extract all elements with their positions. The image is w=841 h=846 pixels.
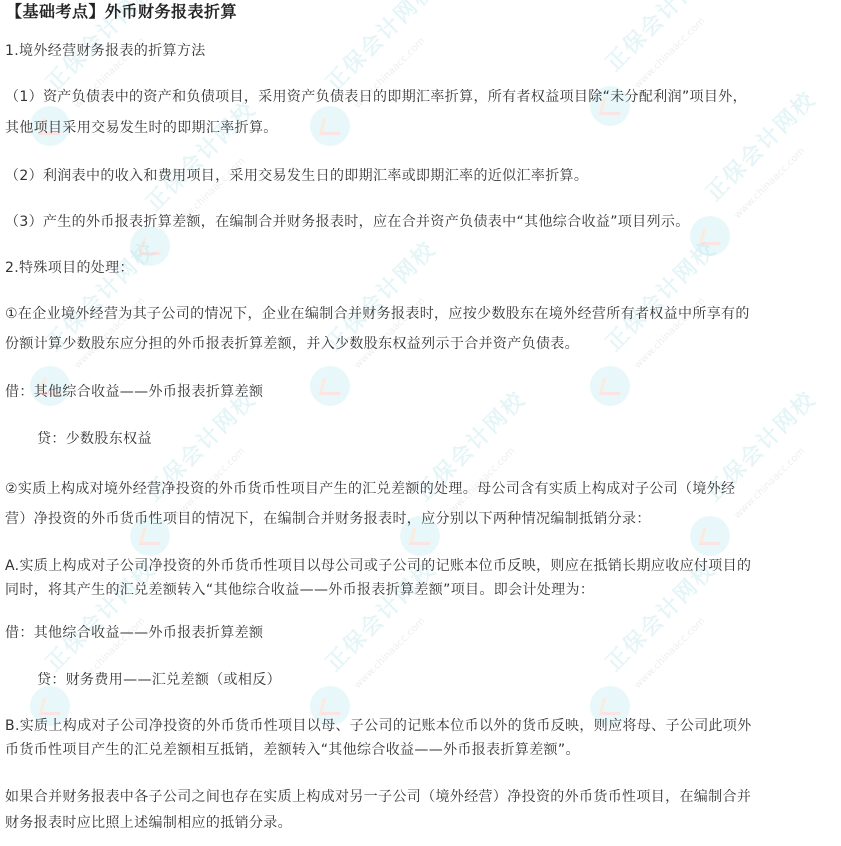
paragraph-a-line-2: 同时，将其产生的汇兑差额转入“其他综合收益——外币报表折算差额”项目。即会计处理… [5,580,837,600]
journal-entry-1-debit: 借：其他综合收益——外币报表折算差额 [5,382,837,402]
paragraph-3-line-1: （3）产生的外币报表折算差额，在编制合并财务报表时，应在合并资产负债表中“其他综… [5,212,837,232]
paragraph-4-line-1: ①在企业境外经营为其子公司的情况下，企业在编制合并财务报表时，应按少数股东在境外… [5,304,837,324]
section-heading-1: 1.境外经营财务报表的折算方法 [5,41,837,61]
page-title: 【基础考点】外币财务报表折算 [6,2,837,22]
paragraph-1-line-2: 其他项目采用交易发生时的即期汇率折算。 [5,118,837,138]
paragraph-b-line-1: B.实质上构成对子公司净投资的外币货币性项目以母、子公司的记账本位币以外的货币反… [5,716,837,736]
paragraph-2-line-1: （2）利润表中的收入和费用项目，采用交易发生日的即期汇率或即期汇率的近似汇率折算… [5,166,837,186]
watermark-brand-text: 正保会计网校 [138,93,262,217]
paragraph-5-line-1: ②实质上构成对境外经营净投资的外币货币性项目产生的汇兑差额的处理。母公司含有实质… [5,479,837,499]
journal-entry-2-debit: 借：其他综合收益——外币报表折算差额 [5,623,837,643]
paragraph-final-line-1: 如果合并财务报表中各子公司之间也存在实质上构成对另一子公司（境外经营）净投资的外… [5,787,837,807]
section-heading-2: 2.特殊项目的处理： [5,258,837,278]
journal-entry-1-credit: 贷：少数股东权益 [37,429,837,449]
paragraph-final-line-2: 财务报表时应比照上述编制相应的抵销分录。 [5,813,837,833]
paragraph-5-line-2: 营）净投资的外币货币性项目的情况下，在编制合并财务报表时，应分别以下两种情况编制… [5,509,837,529]
paragraph-a-line-1: A.实质上构成对子公司净投资的外币货币性项目以母公司或子公司的记账本位币反映，则… [5,556,837,576]
journal-entry-2-credit: 贷：财务费用——汇兑差额（或相反） [37,670,837,690]
paragraph-4-line-2: 份额计算少数股东应分担的外币报表折算差额，并入少数股东权益列示于合并资产负债表。 [5,334,837,354]
paragraph-b-line-2: 币货币性项目产生的汇兑差额相互抵销，差额转入“其他综合收益——外币报表折算差额”… [5,740,837,760]
paragraph-1-line-1: （1）资产负债表中的资产和负债项目，采用资产负债表日的即期汇率折算，所有者权益项… [5,87,837,107]
